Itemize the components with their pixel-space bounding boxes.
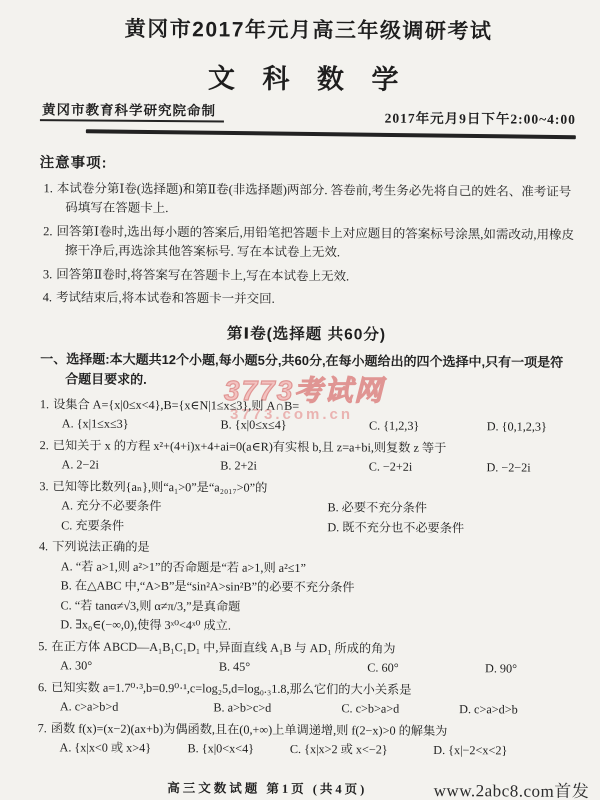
section-intro: 一、选择题:本大题共12个小题,每小题5分,共60分,在每小题给出的四个选择中,… xyxy=(40,349,574,393)
question-block: 3.已知等比数列{aₙ},则“a₁>0”是“a₂₀₁₇>0”的 A. 充分不必要… xyxy=(39,477,573,539)
subject-title: 文 科 数 学 xyxy=(40,55,576,98)
question-number: 5. xyxy=(38,639,47,653)
header-divider xyxy=(86,129,576,139)
notice-item: 2.回答第Ⅰ卷时,选出每小题的答案后,用铅笔把答题卡上对应题目的答案标号涂黑,如… xyxy=(43,222,575,264)
question-text: 已知等比数列{aₙ},则“a₁>0”是“a₂₀₁₇>0”的 xyxy=(52,479,267,494)
option-a: A. 30° xyxy=(60,657,219,678)
question-text: 下列说法正确的是 xyxy=(52,539,150,554)
question-text: 函数 f(x)=(x−2)(ax+b)为偶函数,且在(0,+∞)上单调递增,则 … xyxy=(51,721,448,738)
option-d: D. ∃x₀∈(−∞,0),使得 3ˣ⁰<4ˣ⁰ 成立. xyxy=(38,615,572,638)
notice-item-number: 2. xyxy=(43,224,52,238)
notice-item-text: 本试卷分第Ⅰ卷(选择题)和第Ⅱ卷(非选择题)两部分. 答卷前,考生务必先将自己的… xyxy=(57,181,572,215)
question-number: 4. xyxy=(39,539,48,553)
notice-item: 4.考试结束后,将本试卷和答题卡一并交回. xyxy=(43,288,575,311)
option-d: D. c>a>d>b xyxy=(459,700,572,720)
option-a: A. {x|x<0 或 x>4} xyxy=(59,739,187,759)
question-number: 2. xyxy=(40,438,49,452)
option-b: B. a>b>c>d xyxy=(213,699,341,719)
option-b: B. {x|0≤x≤4} xyxy=(220,415,369,436)
option-a: A. 充分不必要条件 xyxy=(61,496,327,517)
option-d: D. {x|−2<x<2} xyxy=(433,741,571,761)
option-c: C. 充要条件 xyxy=(61,516,327,537)
option-c: C. {x|x>2 或 x<−2} xyxy=(290,740,433,761)
question-block: 7.函数 f(x)=(x−2)(ax+b)为偶函数,且在(0,+∞)上单调递增,… xyxy=(37,719,571,762)
option-b: B. 45° xyxy=(219,658,368,679)
option-c: C. {1,2,3} xyxy=(369,417,487,437)
option-a: A. 2−2i xyxy=(61,455,220,476)
option-row: A. 2−2i B. 2+2i C. −2+2i D. −2−2i xyxy=(39,455,573,478)
option-c: C. c>b>a>d xyxy=(341,700,459,720)
option-a: A. {x|1≤x≤3} xyxy=(62,414,221,435)
question-block: 5.在正方体 ABCD—A₁B₁C₁D₁ 中,异面直线 A₁B 与 AD₁ 所成… xyxy=(38,637,572,680)
question-block: 4.下列说法正确的是 A. “若 a>1,则 a²>1”的否命题是“若 a>1,… xyxy=(38,537,573,638)
option-a: A. c>a>b>d xyxy=(60,698,214,719)
exam-paper: 3773考试网 3773.com.cn 黄冈市2017年元月高三年级调研考试 文… xyxy=(0,0,600,800)
option-d: D. {0,1,2,3} xyxy=(487,417,574,437)
question-block: 2.已知关于 x 的方程 x²+(4+i)x+4+ai=0(a∈R)有实根 b,… xyxy=(39,436,573,479)
option-c: C. 60° xyxy=(367,659,485,679)
option-c: C. −2+2i xyxy=(369,458,487,478)
section-title: 第Ⅰ卷(选择题 共60分) xyxy=(38,320,574,346)
question-number: 6. xyxy=(38,680,47,694)
question-text: 已知关于 x 的方程 x²+(4+i)x+4+ai=0(a∈R)有实根 b,且 … xyxy=(53,438,447,455)
question-number: 7. xyxy=(38,721,47,735)
notice-item-number: 4. xyxy=(43,290,52,304)
header-meta-row: 黄冈市教育科学研究院命制 2017年元月9日下午2:00~4:00 xyxy=(40,98,576,125)
notice-item: 1.本试卷分第Ⅰ卷(选择题)和第Ⅱ卷(非选择题)两部分. 答卷前,考生务必先将自… xyxy=(43,179,575,221)
exam-datetime: 2017年元月9日下午2:00~4:00 xyxy=(385,107,576,128)
question-block: 6.已知实数 a=1.7⁰·³,b=0.9⁰·¹,c=log₂5,d=log₀.… xyxy=(38,678,572,721)
notice-item-text: 回答第Ⅱ卷时,将答案写在答题卡上,写在本试卷上无效. xyxy=(56,267,349,283)
option-row: A. {x|1≤x≤3} B. {x|0≤x≤4} C. {1,2,3} D. … xyxy=(40,414,574,437)
option-row: A. c>a>b>d B. a>b>c>d C. c>b>a>d D. c>a>… xyxy=(38,697,572,720)
option-b: B. {x|0<x<4} xyxy=(187,740,290,760)
notice-item-text: 回答第Ⅰ卷时,选出每小题的答案后,用铅笔把答题卡上对应题目的答案标号涂黑,如需改… xyxy=(56,224,574,259)
question-number: 3. xyxy=(39,479,48,493)
option-row: A. 30° B. 45° C. 60° D. 90° xyxy=(38,656,572,679)
notice-item-number: 1. xyxy=(43,181,52,195)
footer-source: www.2abc8.com首发 xyxy=(434,776,590,800)
notice-heading: 注意事项: xyxy=(40,151,576,176)
exam-title: 黄冈市2017年元月高三年级调研考试 xyxy=(40,12,576,46)
option-row: A. {x|x<0 或 x>4} B. {x|0<x<4} C. {x|x>2 … xyxy=(37,738,571,761)
page-content: 黄冈市2017年元月高三年级调研考试 文 科 数 学 黄冈市教育科学研究院命制 … xyxy=(0,0,600,800)
option-b: B. 必要不充分条件 xyxy=(327,498,573,519)
issuer: 黄冈市教育科学研究院命制 xyxy=(40,98,224,122)
notice-item-text: 考试结束后,将本试卷和答题卡一并交回. xyxy=(56,290,275,306)
notice-item: 3.回答第Ⅱ卷时,将答案写在答题卡上,写在本试卷上无效. xyxy=(43,265,575,288)
question-number: 1. xyxy=(40,397,49,411)
option-d: D. 90° xyxy=(485,660,572,680)
question-text: 已知实数 a=1.7⁰·³,b=0.9⁰·¹,c=log₂5,d=log₀.₃1… xyxy=(51,680,411,697)
notice-item-number: 3. xyxy=(43,267,52,281)
question-text: 设集合 A={x|0≤x<4},B={x∈N|1≤x≤3},则 A∩B= xyxy=(53,397,299,413)
option-d: D. 既不充分也不必要条件 xyxy=(327,518,573,539)
question-block: 1.设集合 A={x|0≤x<4},B={x∈N|1≤x≤3},则 A∩B= A… xyxy=(40,395,574,438)
question-text: 在正方体 ABCD—A₁B₁C₁D₁ 中,异面直线 A₁B 与 AD₁ 所成的角… xyxy=(51,639,395,655)
option-row: C. 充要条件 D. 既不充分也不必要条件 xyxy=(39,516,573,539)
option-b: B. 2+2i xyxy=(220,457,369,478)
option-d: D. −2−2i xyxy=(486,458,573,478)
